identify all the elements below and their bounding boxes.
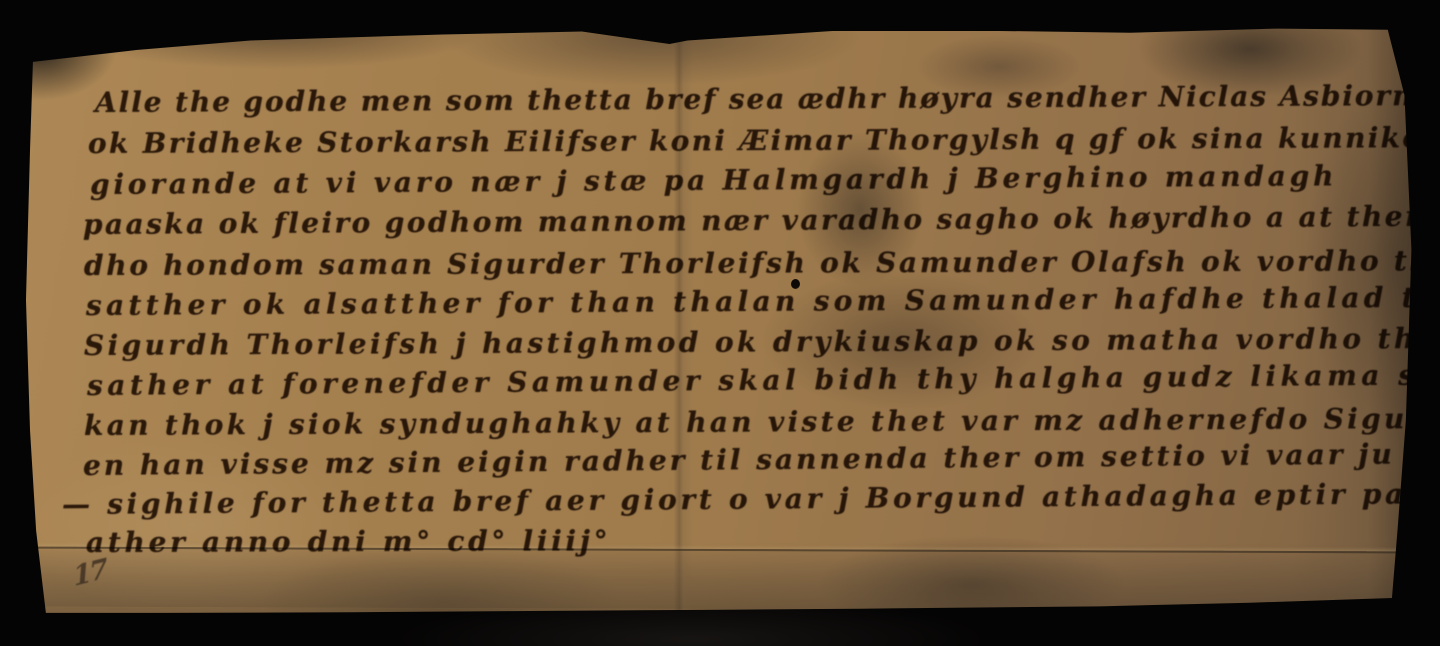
manuscript-line-4: paaska ok fleiro godhom mannom nær varad… xyxy=(83,197,1440,244)
manuscript-photograph: Alle the godhe men som thetta bref sea æ… xyxy=(0,0,1440,646)
manuscript-line-12: ather anno dni m° cd° liiij° xyxy=(86,522,612,562)
manuscript-line-1: Alle the godhe men som thetta bref sea æ… xyxy=(95,77,1440,122)
manuscript-line-5: dho hondom saman Sigurder Thorleifsh ok … xyxy=(84,242,1440,285)
manuscript-line-6: satther ok alsatther for than thalan som… xyxy=(86,279,1440,325)
manuscript-text: Alle the godhe men som thetta bref sea æ… xyxy=(25,25,1417,620)
manuscript-line-3: giorande at vi varo nær j stæ pa Halmgar… xyxy=(90,157,1337,204)
manuscript-line-2: ok Bridheke Storkarsh Eilifser koni Æima… xyxy=(88,119,1423,163)
parchment: Alle the godhe men som thetta bref sea æ… xyxy=(25,25,1417,620)
